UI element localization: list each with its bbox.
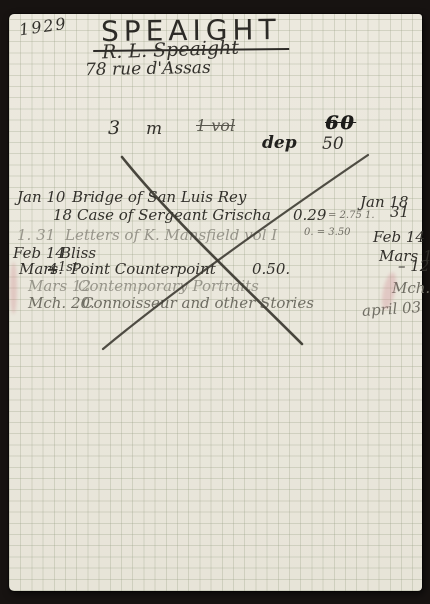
entry-date-returned: – 12: [398, 257, 429, 275]
entry-date-out: 18: [53, 206, 72, 224]
entry-date-out: 1. 31: [17, 226, 55, 244]
entry-title: Case of Sergeant Grischa: [77, 206, 271, 224]
entry-title: Bridge of San Luis Rey: [72, 188, 246, 206]
subscription-fee: 60: [325, 112, 355, 134]
year-label: 1929: [18, 14, 69, 40]
red-pencil-smudge: [10, 262, 17, 314]
entry-note: 0. = 3.50: [304, 227, 351, 238]
subscription-duration-unit: m: [146, 119, 162, 139]
subscription-volumes: 1 vol: [196, 116, 235, 135]
entry-title: Point Counterpoint: [71, 260, 216, 278]
library-card: 1929 SPEAIGHT R. L. Speaight 78 rue d'As…: [9, 14, 422, 591]
entry-title: Letters of K. Mansfield vol I: [65, 226, 277, 244]
entry-price: 0.29: [293, 206, 326, 224]
entry-note: = 2.75 1.: [328, 210, 375, 221]
entry-date-out: Jan 10: [17, 188, 65, 206]
deposit-label: dep: [262, 133, 297, 153]
entry-title: Contemporary Portraits: [78, 277, 259, 295]
member-address: 78 rue d'Assas: [85, 58, 211, 80]
deposit-amount: 50: [322, 134, 344, 154]
entry-price: 0.50.: [252, 260, 290, 278]
entry-title: Connoisseur and other Stories: [82, 294, 314, 312]
ledger-row: 1. 31 Letters of K. Mansfield vol I 0. =…: [9, 226, 422, 246]
ledger-row: Mch. 20. Connoisseur and other Stories a…: [9, 294, 422, 314]
subscription-duration: 3: [108, 117, 120, 139]
ledger-row: 18 Case of Sergeant Grischa 0.29 = 2.75 …: [9, 206, 422, 226]
entry-date-returned: 31: [390, 203, 409, 221]
ledger-row: Jan 10 Bridge of San Luis Rey Jan 18: [9, 188, 422, 208]
entry-date-struck: 4: [48, 260, 58, 278]
